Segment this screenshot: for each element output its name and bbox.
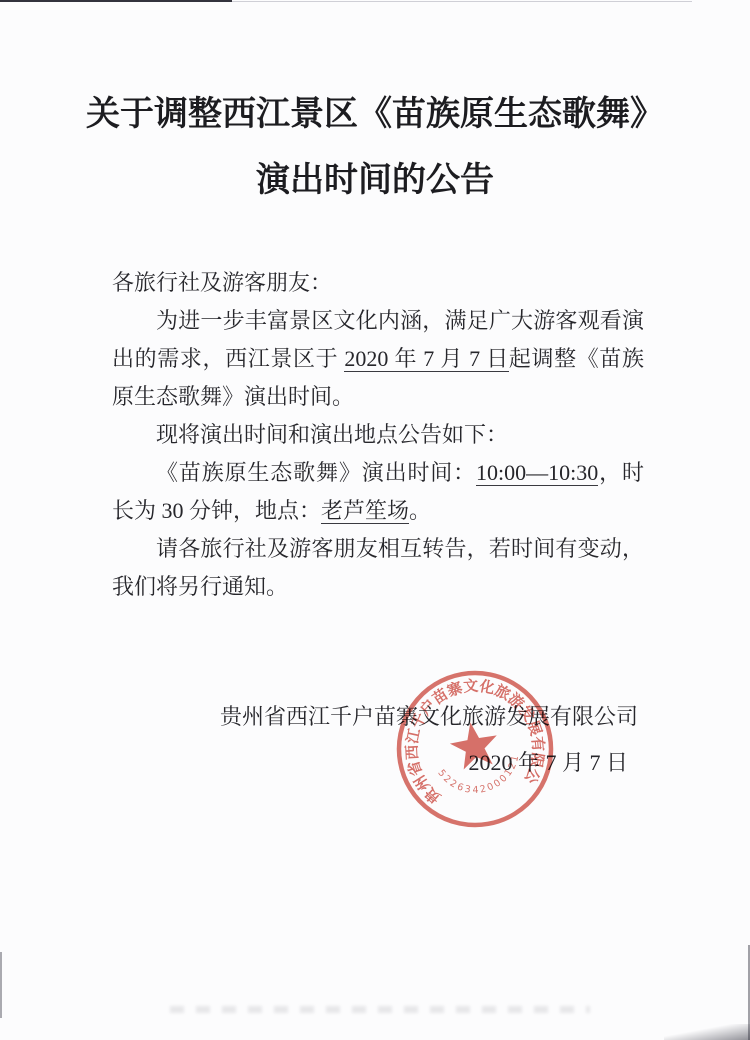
salutation: 各旅行社及游客朋友： <box>112 264 644 302</box>
page-title-line-1: 关于调整西江景区《苗族原生态歌舞》 <box>0 82 750 148</box>
scan-artifact-left-edge <box>0 952 2 1018</box>
paragraph-2: 现将演出时间和演出地点公告如下： <box>112 416 644 454</box>
paragraph-3-text: 《苗族原生态歌舞》演出时间： <box>156 460 476 485</box>
page-title-line-2: 演出时间的公告 <box>0 148 750 214</box>
paragraph-3-text-after: 。 <box>409 498 431 523</box>
page-title: 关于调整西江景区《苗族原生态歌舞》 演出时间的公告 <box>0 82 750 214</box>
scan-artifact-corner-shadow <box>664 1024 750 1040</box>
scan-artifact-bleedthrough <box>170 1006 590 1013</box>
scan-artifact-top-edge <box>0 0 232 2</box>
signature-company: 贵州省西江千户苗寨文化旅游发展有限公司 <box>0 694 750 740</box>
effective-date-underlined: 2020 年 7 月 7 日 <box>344 346 509 372</box>
announcement-body: 各旅行社及游客朋友： 为进一步丰富景区文化内涵，满足广大游客观看演出的需求，西江… <box>112 264 644 606</box>
paragraph-1: 为进一步丰富景区文化内涵，满足广大游客观看演出的需求，西江景区于 2020 年 … <box>112 302 644 416</box>
signature-date: 2020 年 7 月 7 日 <box>0 740 750 786</box>
paragraph-4: 请各旅行社及游客朋友相互转告，若时间有变动，我们将另行通知。 <box>112 530 644 606</box>
show-time-underlined: 10:00—10:30 <box>476 460 598 486</box>
scanned-document-page: 关于调整西江景区《苗族原生态歌舞》 演出时间的公告 各旅行社及游客朋友： 为进一… <box>0 0 750 1040</box>
scan-artifact-top-edge-faint <box>232 1 692 2</box>
signature-block: 贵州省西江千户苗寨文化旅游发展有限公司 2020 年 7 月 7 日 <box>0 694 750 786</box>
venue-underlined: 老芦笙场 <box>321 498 409 524</box>
star-icon <box>447 718 502 771</box>
official-seal: 贵州省西江千户苗寨文化旅游发展有限公司 5226342000121 <box>378 652 573 847</box>
paragraph-3: 《苗族原生态歌舞》演出时间：10:00—10:30，时长为 30 分钟，地点：老… <box>112 454 644 530</box>
